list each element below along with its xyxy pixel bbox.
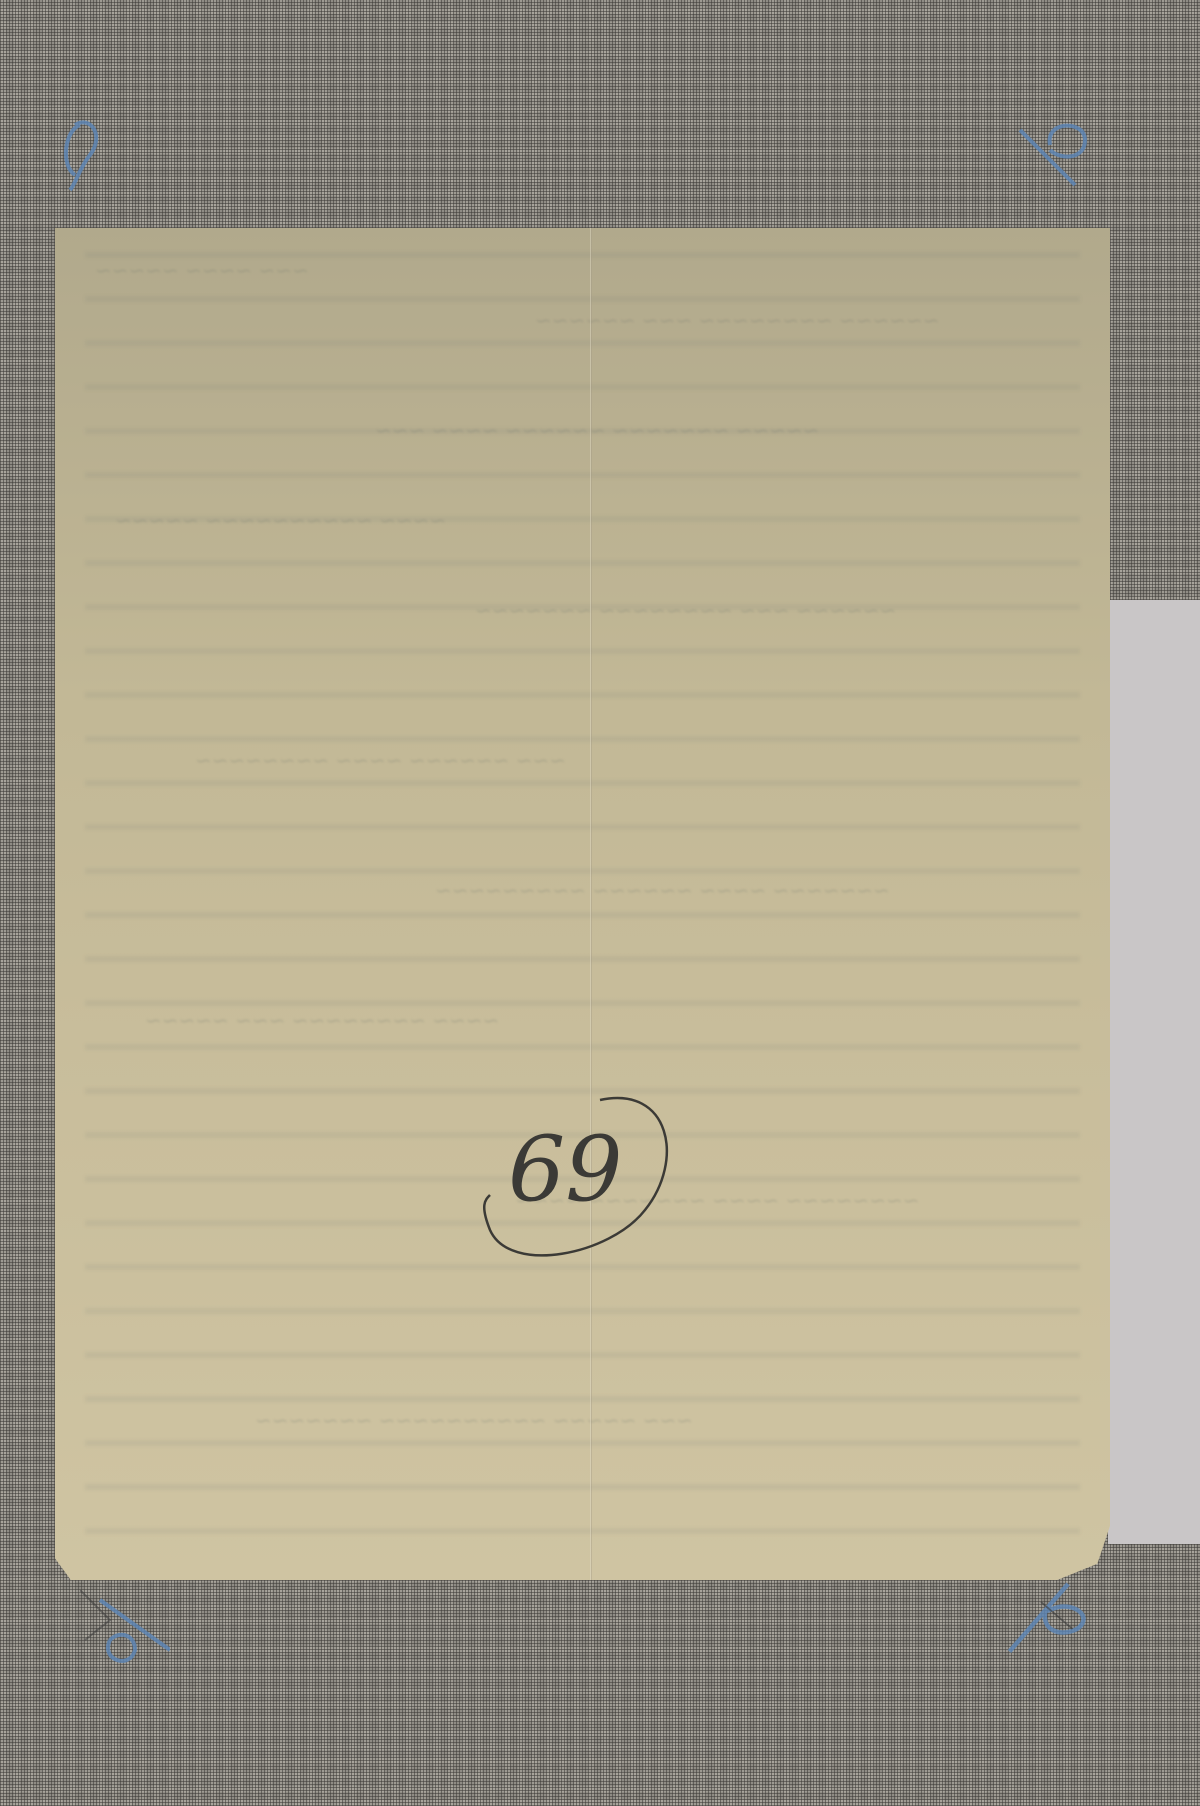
corner-mark-top-left-icon: [45, 105, 135, 195]
bleed-line: ~~~~ ~~~~~~~~~~ ~~~~~: [115, 508, 446, 532]
bleed-line: ~~~~ ~~~~~~~~ ~~~ ~~~~~: [145, 1008, 499, 1032]
backing-card: [1108, 600, 1200, 1544]
fold-crease: [590, 228, 592, 1580]
bleed-line: ~~~~~~ ~~~ ~~~~~~~~ ~~~~~~~: [475, 598, 896, 622]
page-number: 69: [508, 1117, 623, 1222]
bleed-line: ~~~ ~~~~~~ ~~~~ ~~~~~~~~: [195, 748, 566, 772]
bleed-line: ~~~~~ ~~~~~~~ ~~~~~~ ~~~~ ~~~: [375, 418, 819, 442]
bleed-line: ~~~ ~~~~~ ~~~~~~~~~~ ~~~~~~~: [255, 1408, 693, 1432]
bleed-through-text: [85, 248, 1080, 1560]
document-sheet: ~~~ ~~~~ ~~~~~ ~~~~~~ ~~~~~~~~ ~~~ ~~~~~…: [55, 228, 1110, 1580]
corner-mark-bottom-left-icon: [80, 1590, 170, 1680]
bleed-line: ~~~ ~~~~ ~~~~~: [95, 258, 309, 282]
corner-mark-top-right-icon: [1015, 110, 1105, 200]
corner-mark-bottom-right-icon: [1005, 1575, 1095, 1665]
page-number-mark: 69: [470, 1090, 700, 1270]
bleed-line: ~~~~~~ ~~~~~~~~ ~~~ ~~~~~~: [535, 308, 940, 332]
bleed-line: ~~~~~~~ ~~~~ ~~~~~~ ~~~~~~~~~: [435, 878, 890, 902]
